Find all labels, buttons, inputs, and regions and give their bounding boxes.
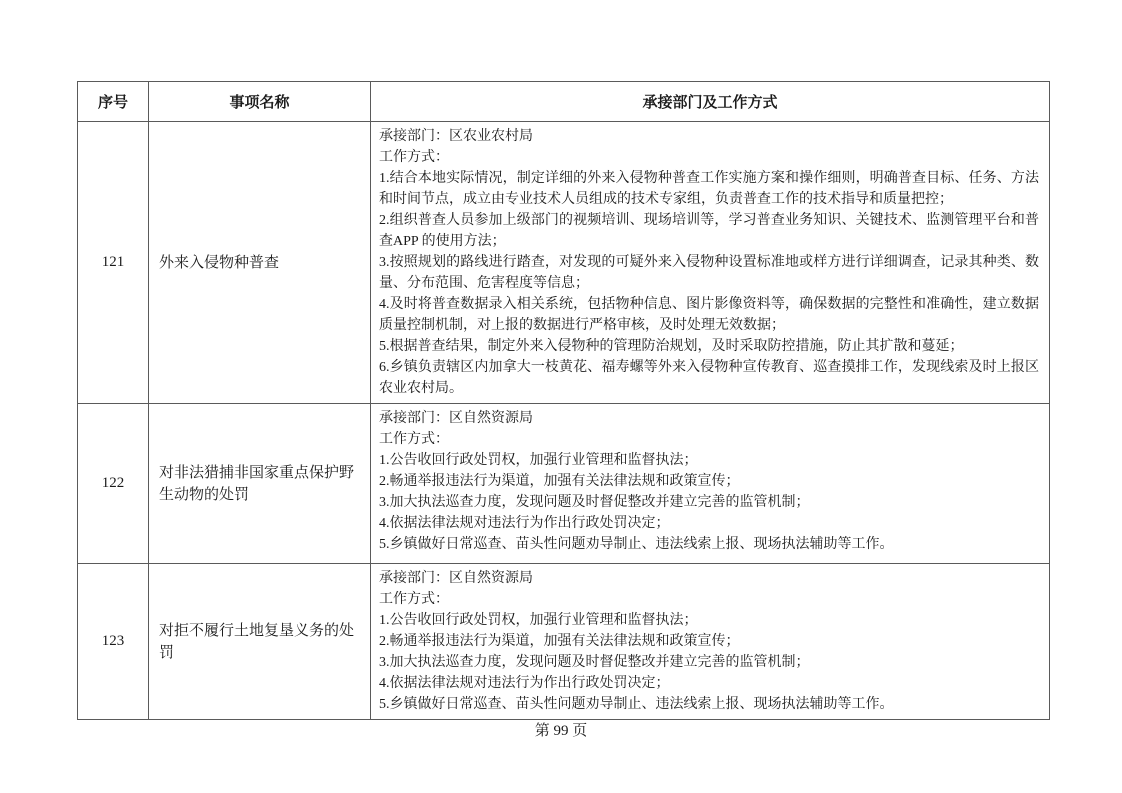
work-method-label: 工作方式： <box>379 589 1039 610</box>
work-method-line: 1.结合本地实际情况，制定详细的外来入侵物种普查工作实施方案和操作细则，明确普查… <box>379 168 1039 210</box>
matter-name: 外来入侵物种普查 <box>149 122 371 404</box>
work-method-line: 2.畅通举报违法行为渠道，加强有关法律法规和政策宣传； <box>379 471 1039 492</box>
work-method-line: 2.组织普查人员参加上级部门的视频培训、现场培训等，学习普查业务知识、关键技术、… <box>379 210 1039 252</box>
work-method-line: 3.加大执法巡查力度，发现问题及时督促整改并建立完善的监管机制； <box>379 492 1039 513</box>
department-method-cell: 承接部门：区农业农村局 工作方式： 1.结合本地实际情况，制定详细的外来入侵物种… <box>371 122 1050 404</box>
matter-name: 对拒不履行土地复垦义务的处罚 <box>149 564 371 720</box>
row-number: 123 <box>78 564 149 720</box>
department-method-cell: 承接部门：区自然资源局 工作方式： 1.公告收回行政处罚权，加强行业管理和监督执… <box>371 404 1050 564</box>
work-method-line: 2.畅通举报违法行为渠道，加强有关法律法规和政策宣传； <box>379 631 1039 652</box>
department-line: 承接部门：区自然资源局 <box>379 408 1039 429</box>
work-method-line: 1.公告收回行政处罚权，加强行业管理和监督执法； <box>379 610 1039 631</box>
table-row: 123 对拒不履行土地复垦义务的处罚 承接部门：区自然资源局 工作方式： 1.公… <box>78 564 1050 720</box>
work-method-label: 工作方式： <box>379 147 1039 168</box>
work-method-line: 3.按照规划的路线进行踏查，对发现的可疑外来入侵物种设置标准地或样方进行详细调查… <box>379 252 1039 294</box>
work-method-line: 5.根据普查结果，制定外来入侵物种的管理防治规划，及时采取防控措施，防止其扩散和… <box>379 336 1039 357</box>
matters-table: 序号 事项名称 承接部门及工作方式 121 外来入侵物种普查 承接部门：区农业农… <box>77 81 1050 720</box>
work-method-line: 1.公告收回行政处罚权，加强行业管理和监督执法； <box>379 450 1039 471</box>
header-cell-no: 序号 <box>78 82 149 122</box>
table-header-row: 序号 事项名称 承接部门及工作方式 <box>78 82 1050 122</box>
work-method-line: 3.加大执法巡查力度，发现问题及时督促整改并建立完善的监管机制； <box>379 652 1039 673</box>
department-method-cell: 承接部门：区自然资源局 工作方式： 1.公告收回行政处罚权，加强行业管理和监督执… <box>371 564 1050 720</box>
work-method-label: 工作方式： <box>379 429 1039 450</box>
header-cell-name: 事项名称 <box>149 82 371 122</box>
row-number: 122 <box>78 404 149 564</box>
work-method-line: 5.乡镇做好日常巡查、苗头性问题劝导制止、违法线索上报、现场执法辅助等工作。 <box>379 694 1039 715</box>
work-method-line: 5.乡镇做好日常巡查、苗头性问题劝导制止、违法线索上报、现场执法辅助等工作。 <box>379 534 1039 555</box>
matter-name: 对非法猎捕非国家重点保护野生动物的处罚 <box>149 404 371 564</box>
row-number: 121 <box>78 122 149 404</box>
work-method-line: 4.及时将普查数据录入相关系统，包括物种信息、图片影像资料等，确保数据的完整性和… <box>379 294 1039 336</box>
work-method-line: 6.乡镇负责辖区内加拿大一枝黄花、福寿螺等外来入侵物种宣传教育、巡查摸排工作，发… <box>379 357 1039 399</box>
table-row: 121 外来入侵物种普查 承接部门：区农业农村局 工作方式： 1.结合本地实际情… <box>78 122 1050 404</box>
work-method-line: 4.依据法律法规对违法行为作出行政处罚决定； <box>379 673 1039 694</box>
document-page: 序号 事项名称 承接部门及工作方式 121 外来入侵物种普查 承接部门：区农业农… <box>0 0 1122 793</box>
page-number-footer: 第 99 页 <box>0 719 1122 740</box>
department-line: 承接部门：区自然资源局 <box>379 568 1039 589</box>
header-cell-department-method: 承接部门及工作方式 <box>371 82 1050 122</box>
department-line: 承接部门：区农业农村局 <box>379 126 1039 147</box>
work-method-line: 4.依据法律法规对违法行为作出行政处罚决定； <box>379 513 1039 534</box>
table-row: 122 对非法猎捕非国家重点保护野生动物的处罚 承接部门：区自然资源局 工作方式… <box>78 404 1050 564</box>
